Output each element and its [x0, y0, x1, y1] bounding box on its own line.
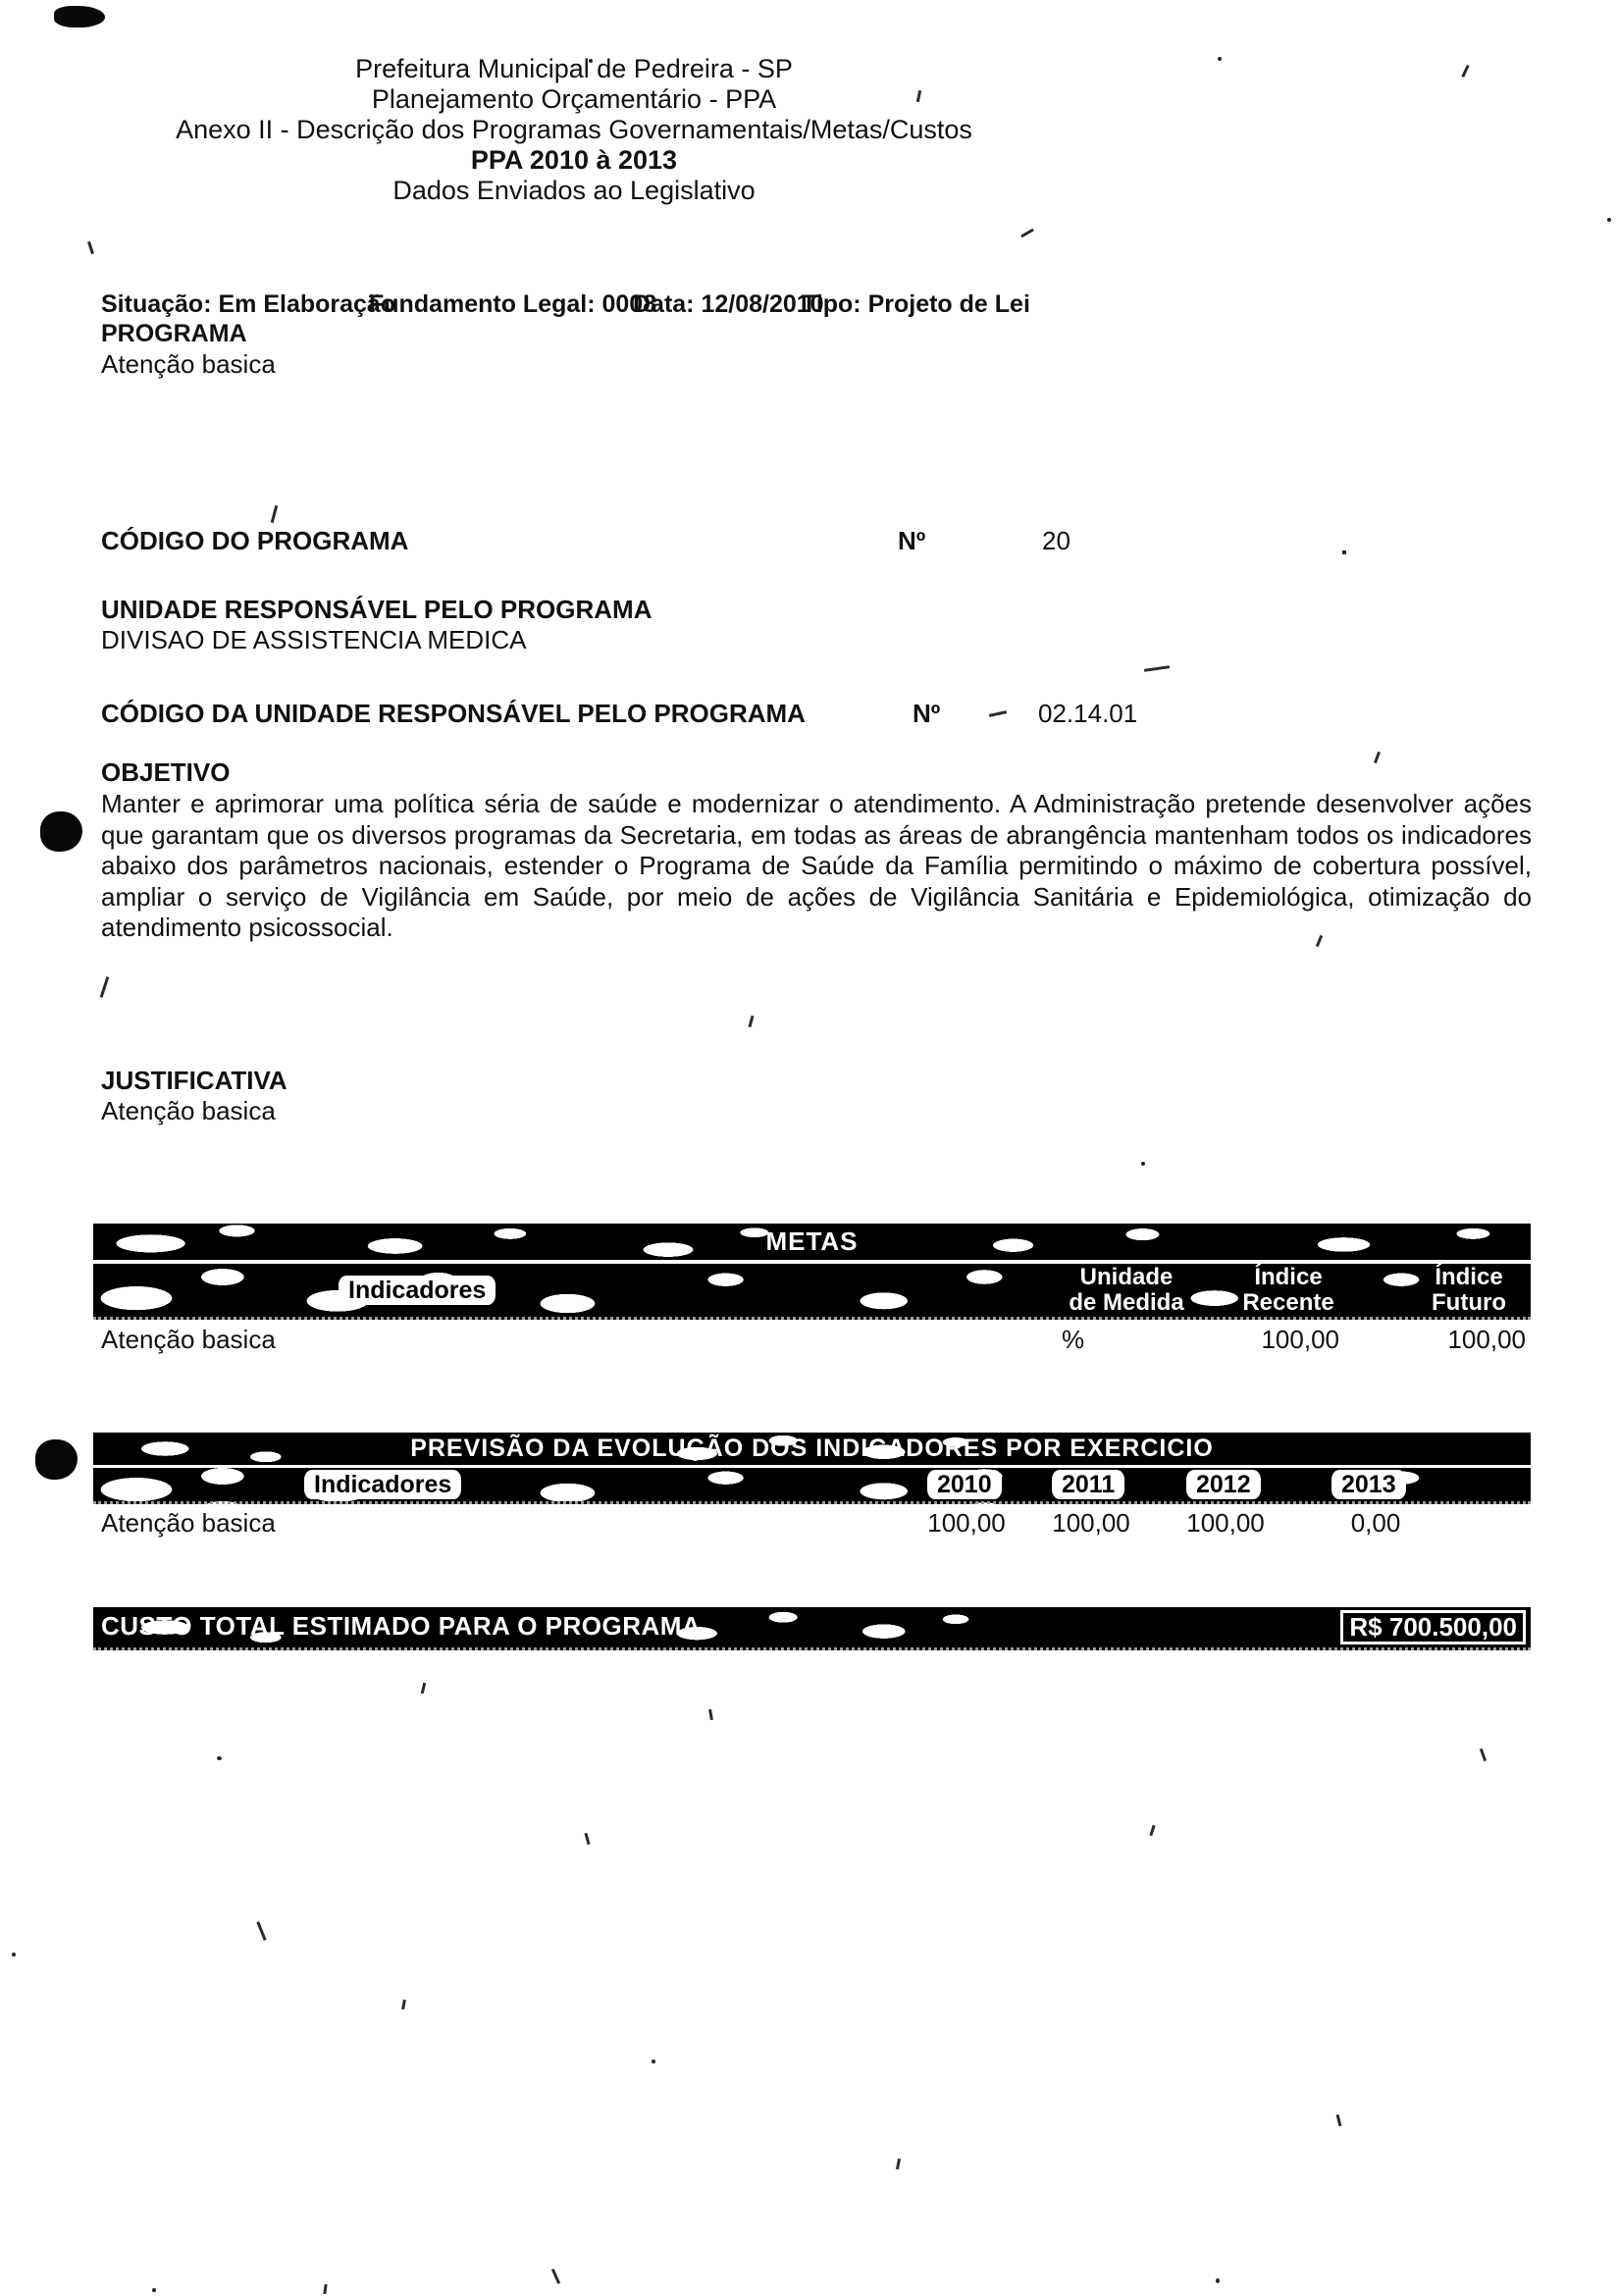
metas-col-indice-recente: Índice Recente [1229, 1265, 1347, 1316]
scan-speck [1141, 1162, 1145, 1166]
previsao-col-year-2012: 2012 [1186, 1470, 1261, 1499]
scan-speck [100, 976, 110, 998]
scan-speck [323, 2284, 327, 2294]
metas-col-unidade-medida: Unidade de Medida [1068, 1265, 1185, 1316]
scan-speck [12, 1953, 16, 1957]
previsao-value-2012: 100,00 [1167, 1508, 1284, 1539]
scan-speck [989, 710, 1007, 717]
scan-speck [584, 1833, 590, 1845]
scan-speck [1480, 1748, 1487, 1761]
custo-total-value: R$ 700.500,00 [1340, 1610, 1526, 1644]
metas-row-indice-futuro: 100,00 [1418, 1325, 1526, 1355]
scan-speck [1218, 57, 1222, 61]
metas-col-indicadores: Indicadores [339, 1276, 496, 1305]
scan-speck [1461, 65, 1469, 78]
scan-blot-top-left [54, 6, 105, 27]
scan-speck [1342, 550, 1346, 554]
justificativa-heading: JUSTIFICATIVA [101, 1066, 287, 1096]
scan-speck [1374, 752, 1381, 763]
scan-speck [217, 1756, 222, 1760]
scan-speck [401, 2000, 406, 2009]
scan-speck [1336, 2114, 1342, 2126]
scan-speck [1216, 2278, 1220, 2283]
codigo-unidade-numero-label: Nº [913, 699, 940, 729]
scan-speck [87, 241, 94, 254]
codigo-programa-numero-label: Nº [898, 526, 925, 556]
previsao-value-2011: 100,00 [1032, 1508, 1150, 1539]
metas-table-row: Atenção basica % 100,00 100,00 [93, 1325, 1531, 1356]
scan-speck [551, 2269, 560, 2284]
header-legislative-note: Dados Enviados ao Legislativo [0, 176, 1148, 206]
previsao-col-year-2010: 2010 [927, 1470, 1002, 1499]
data-text: Data: 12/08/2010 [633, 290, 824, 319]
scan-speck [896, 2159, 901, 2169]
previsao-col-indicadores: Indicadores [304, 1470, 461, 1499]
scan-speck [152, 2288, 156, 2292]
scan-speck [748, 1016, 754, 1027]
scanned-document-page: Prefeitura Municipal de Pedreira - SP Pl… [0, 0, 1618, 2296]
codigo-programa-label: CÓDIGO DO PROGRAMA [101, 526, 408, 556]
justificativa-text: Atenção basica [101, 1096, 276, 1126]
previsao-value-2013: 0,00 [1317, 1508, 1435, 1539]
header-annex-title: Anexo II - Descrição dos Programas Gover… [0, 115, 1148, 145]
scan-speck [1144, 665, 1170, 672]
scan-speck [708, 1709, 713, 1720]
metas-row-indice-recente: 100,00 [1231, 1325, 1339, 1355]
scan-speck [421, 1683, 427, 1694]
header-subtitle: Planejamento Orçamentário - PPA [0, 84, 1148, 115]
codigo-unidade-value: 02.14.01 [1038, 699, 1137, 729]
previsao-col-year-2013: 2013 [1331, 1470, 1406, 1499]
custo-total-bar: CUSTO TOTAL ESTIMADO PARA O PROGRAMA R$ … [93, 1607, 1531, 1650]
objetivo-heading: OBJETIVO [101, 757, 230, 788]
hole-punch-bottom [35, 1439, 78, 1480]
header-org-name: Prefeitura Municipal de Pedreira - SP [0, 54, 1148, 84]
scan-speck [256, 1921, 266, 1941]
metas-row-indicador: Atenção basica [101, 1325, 276, 1355]
custo-total-label: CUSTO TOTAL ESTIMADO PARA O PROGRAMA [101, 1611, 701, 1642]
programa-nome: Atenção basica [101, 349, 276, 380]
scan-speck [589, 59, 593, 63]
previsao-col-year-2011: 2011 [1052, 1470, 1124, 1499]
document-header: Prefeitura Municipal de Pedreira - SP Pl… [0, 54, 1148, 206]
scan-speck [1149, 1825, 1155, 1836]
hole-punch-top [40, 811, 82, 852]
previsao-value-2010: 100,00 [908, 1508, 1025, 1539]
programa-label: PROGRAMA [101, 320, 247, 348]
metas-table-title-band: METAS [93, 1224, 1531, 1264]
metas-table-header-band: Indicadores Unidade de Medida Índice Rec… [93, 1264, 1531, 1320]
metas-row-unidade: % [1062, 1325, 1084, 1355]
scan-speck [1020, 229, 1034, 238]
previsao-row-indicador: Atenção basica [101, 1508, 276, 1539]
previsao-table-title: PREVISÃO DA EVOLUÇÃO DOS INDICADORES POR… [410, 1435, 1214, 1462]
codigo-unidade-label: CÓDIGO DA UNIDADE RESPONSÁVEL PELO PROGR… [101, 699, 806, 729]
tipo-text: Tipo: Projeto de Lei [802, 290, 1030, 319]
previsao-table-header-band: Indicadores 2010 2011 2012 2013 [93, 1468, 1531, 1504]
fundamento-legal-text: Fundamento Legal: 0008 [369, 290, 656, 319]
codigo-programa-value: 20 [1042, 526, 1070, 556]
situacao-text: Situação: Em Elaboração [101, 290, 395, 319]
unidade-responsavel-value: DIVISAO DE ASSISTENCIA MEDICA [101, 625, 526, 655]
unidade-responsavel-label: UNIDADE RESPONSÁVEL PELO PROGRAMA [101, 595, 652, 625]
scan-speck [652, 2060, 655, 2063]
previsao-table-row: Atenção basica 100,00 100,00 100,00 0,00 [93, 1508, 1531, 1539]
scan-speck [1607, 218, 1611, 222]
metas-col-indice-futuro: Índice Futuro [1410, 1265, 1528, 1316]
scan-speck [271, 505, 279, 523]
header-ppa-period: PPA 2010 à 2013 [0, 145, 1148, 176]
objetivo-paragraph: Manter e aprimorar uma política séria de… [101, 789, 1532, 944]
previsao-table-title-band: PREVISÃO DA EVOLUÇÃO DOS INDICADORES POR… [93, 1433, 1531, 1469]
metas-table-title: METAS [765, 1226, 858, 1256]
